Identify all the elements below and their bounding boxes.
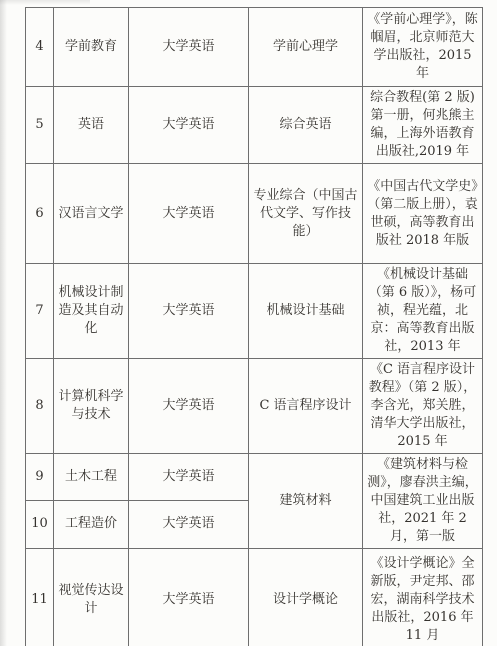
english-course-cell: 大学英语	[129, 87, 249, 164]
table-row: 5英语大学英语综合英语综合教程(第 2 版)第一册，何兆熊主编，上海外语教育出版…	[26, 87, 483, 164]
row-number-cell: 5	[26, 87, 54, 164]
major-cell: 计算机科学与技术	[54, 359, 129, 454]
major-cell: 工程造价	[54, 500, 129, 548]
table-row: 8计算机科学与技术大学英语C 语言程序设计《C 语言程序设计教程》（第 2 版）…	[26, 359, 483, 454]
textbook-reference-cell: 综合教程(第 2 版)第一册，何兆熊主编，上海外语教育出版社,2019 年	[363, 87, 483, 164]
major-cell: 汉语言文学	[54, 164, 129, 264]
row-number-cell: 6	[26, 164, 54, 264]
scan-edge-shadow-top	[0, 0, 90, 5]
english-course-cell: 大学英语	[129, 8, 249, 87]
textbook-list-table: 4学前教育大学英语学前心理学《学前心理学》，陈帼眉，北京师范大学出版社，2015…	[25, 7, 483, 646]
row-number-cell: 8	[26, 359, 54, 454]
english-course-cell: 大学英语	[129, 500, 249, 548]
major-cell: 英语	[54, 87, 129, 164]
scanned-document-page: 4学前教育大学英语学前心理学《学前心理学》，陈帼眉，北京师范大学出版社，2015…	[0, 0, 497, 646]
scan-edge-shadow	[0, 0, 7, 646]
assessment-course-cell: 建筑材料	[249, 454, 363, 549]
assessment-course-cell: C 语言程序设计	[249, 359, 363, 454]
assessment-course-cell: 机械设计基础	[249, 264, 363, 359]
major-cell: 视觉传达设计	[54, 549, 129, 646]
english-course-cell: 大学英语	[129, 359, 249, 454]
major-cell: 机械设计制造及其自动化	[54, 264, 129, 359]
textbook-reference-cell: 《学前心理学》，陈帼眉，北京师范大学出版社，2015 年	[363, 8, 483, 87]
assessment-course-cell: 学前心理学	[249, 8, 363, 87]
table-row: 11视觉传达设计大学英语设计学概论《设计学概论》全新版，尹定邦、邵宏，湖南科学技…	[26, 549, 483, 646]
assessment-course-cell: 专业综合（中国古代文学、写作技能）	[249, 164, 363, 264]
table-row: 6汉语言文学大学英语专业综合（中国古代文学、写作技能）《中国古代文学史》（第二版…	[26, 164, 483, 264]
row-number-cell: 10	[26, 500, 54, 548]
textbook-reference-cell: 《设计学概论》全新版，尹定邦、邵宏，湖南科学技术出版社，2016 年 11 月	[363, 549, 483, 646]
table-row: 4学前教育大学英语学前心理学《学前心理学》，陈帼眉，北京师范大学出版社，2015…	[26, 8, 483, 87]
textbook-reference-cell: 《中国古代文学史》（第二版上册），袁世硕，高等教育出版社 2018 年版	[363, 164, 483, 264]
row-number-cell: 7	[26, 264, 54, 359]
assessment-course-cell: 综合英语	[249, 87, 363, 164]
english-course-cell: 大学英语	[129, 549, 249, 646]
row-number-cell: 9	[26, 454, 54, 501]
textbook-reference-cell: 《C 语言程序设计教程》（第 2 版），李含光，郑关胜，清华大学出版社，2015…	[363, 359, 483, 454]
major-cell: 学前教育	[54, 8, 129, 87]
row-number-cell: 11	[26, 549, 54, 646]
english-course-cell: 大学英语	[129, 164, 249, 264]
english-course-cell: 大学英语	[129, 264, 249, 359]
major-cell: 土木工程	[54, 454, 129, 501]
row-number-cell: 4	[26, 8, 54, 87]
assessment-course-cell: 设计学概论	[249, 549, 363, 646]
english-course-cell: 大学英语	[129, 454, 249, 501]
table-row: 9土木工程大学英语建筑材料《建筑材料与检测》，廖春洪主编，中国建筑工业出版社，2…	[26, 454, 483, 501]
textbook-reference-cell: 《机械设计基础（第 6 版）》，杨可祯，程光蕴，北京：高等教育出版社，2013 …	[363, 264, 483, 359]
table-row: 7机械设计制造及其自动化大学英语机械设计基础《机械设计基础（第 6 版）》，杨可…	[26, 264, 483, 359]
textbook-reference-cell: 《建筑材料与检测》，廖春洪主编，中国建筑工业出版社，2021 年 2 月，第一版	[363, 454, 483, 549]
table-body: 4学前教育大学英语学前心理学《学前心理学》，陈帼眉，北京师范大学出版社，2015…	[26, 8, 483, 646]
